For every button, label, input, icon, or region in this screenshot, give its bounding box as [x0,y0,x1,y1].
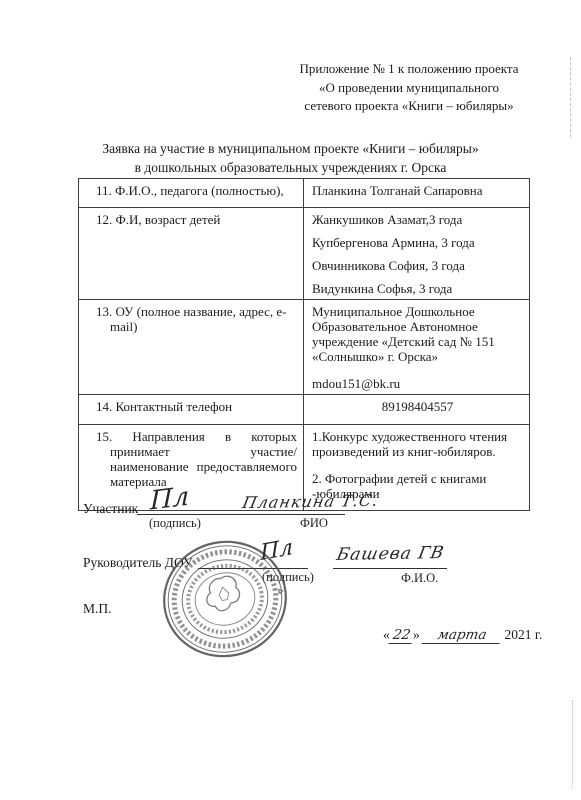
table-row: 13. ОУ (полное название, адрес, e-mail) … [79,300,530,395]
header-line: Приложение № 1 к положению проекта [275,60,543,79]
participant-signature-handwriting: Пл [150,481,189,516]
title-line: Заявка на участие в муниципальном проект… [0,139,581,158]
row-value: 1.Конкурс художественного чтения произве… [312,429,523,459]
month-handwriting: марта [422,627,503,644]
application-table: 11. Ф.И.О., педагога (полностью), Планки… [78,178,530,511]
row-value-cell: 89198404557 [304,395,530,425]
email-value: mdou151@bk.ru [312,376,523,391]
fio-caption: Ф.И.О. [401,571,438,586]
scan-artifact [572,700,573,788]
participant-name-handwriting: Планкина Т.С. [241,491,381,512]
stamp-star [278,589,283,594]
header-line: «О проведении муниципального [275,79,543,98]
row-label-cell: 13. ОУ (полное название, адрес, e-mail) [79,300,304,395]
row-value: Планкина Толганай Сапаровна [312,183,523,198]
row-value: Видункина Софья, 3 года [312,281,523,296]
head-name-handwriting: Башева ГВ [335,543,446,565]
document-header: Приложение № 1 к положению проекта «О пр… [275,60,543,116]
year-text: 2021 г. [504,627,542,642]
row-value: Жанкушиков Азамат,3 года [312,212,523,227]
scan-artifact [570,57,571,137]
fio-caption: ФИО [300,516,328,531]
row-label-cell: 11. Ф.И.О., педагога (полностью), [79,179,304,208]
stamp-emblem [203,574,243,613]
row-label: 13. ОУ (полное название, адрес, e-mail) [110,304,297,334]
participant-label: Участник [83,501,138,517]
phone-value: 89198404557 [312,399,523,414]
row-value-cell: Жанкушиков Азамат,3 года Купбергенова Ар… [304,208,530,300]
row-label: 11. Ф.И.О., педагога (полностью), [110,183,297,198]
row-label: 12. Ф.И, возраст детей [110,212,297,227]
row-label: 15. Направления в которых принимает учас… [110,429,297,489]
date-line: «22» марта 2021 г. [383,627,542,644]
page-title: Заявка на участие в муниципальном проект… [0,139,581,177]
row-value-cell: Планкина Толганай Сапаровна [304,179,530,208]
signature-caption: (подпись) [149,516,201,531]
scanned-document-page: Приложение № 1 к положению проекта «О пр… [0,0,581,800]
row-value: Овчинникова София, 3 года [312,258,523,273]
row-label-cell: 12. Ф.И, возраст детей [79,208,304,300]
row-label: 14. Контактный телефон [110,399,297,414]
table-row: 11. Ф.И.О., педагога (полностью), Планки… [79,179,530,208]
table-row: 14. Контактный телефон 89198404557 [79,395,530,425]
row-value: Муниципальное Дошкольное Образовательное… [312,304,523,364]
day-handwriting: 22 [388,627,414,644]
row-value-cell: Муниципальное Дошкольное Образовательное… [304,300,530,395]
stamp-place-label: М.П. [83,601,112,617]
title-line: в дошкольных образовательных учреждениях… [0,158,581,177]
row-value: Купбергенова Армина, 3 года [312,235,523,250]
header-line: сетевого проекта «Книги – юбиляры» [275,97,543,116]
row-label-cell: 14. Контактный телефон [79,395,304,425]
table-row: 12. Ф.И, возраст детей Жанкушиков Азамат… [79,208,530,300]
